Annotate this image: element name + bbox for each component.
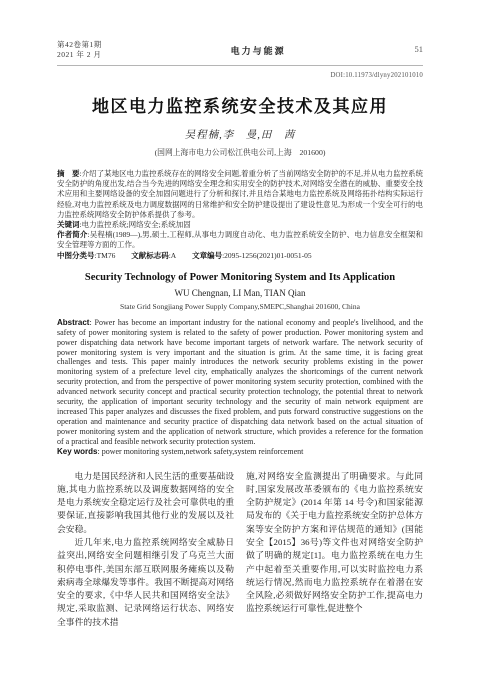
keywords-cn-label: 关键词 <box>57 220 80 229</box>
article-title-en: Security Technology of Power Monitoring … <box>57 272 423 283</box>
classification-row: 中图分类号:TM76 文献标志码:A 文章编号:2095-1256(2021)0… <box>57 251 423 261</box>
author-bio: 作者简介:吴程楠(1989—),男,硕士,工程师,从事电力调度自动化、电力监控系… <box>57 230 423 250</box>
affiliation-cn: (国网上海市电力公司松江供电公司,上海 201600) <box>57 147 423 158</box>
authors-cn: 吴程楠,李 曼,田 茜 <box>57 127 423 142</box>
abstract-en-label: Abstract <box>57 318 89 327</box>
body-right-column: 施,对网络安全监测提出了明确要求。与此同时,国家发展改革委颁布的《电力监控系统安… <box>246 470 423 630</box>
issue-info: 第42卷第1期 2021 年 2 月 <box>57 40 102 60</box>
clc-number: 中图分类号:TM76 <box>57 251 115 260</box>
journal-name: 电力与能源 <box>231 44 286 57</box>
english-abstract-block: Abstract: Power has become an important … <box>57 318 423 457</box>
keywords-en: Key words: power monitoring system,netwo… <box>57 447 423 457</box>
abstract-en: Abstract: Power has become an important … <box>57 318 423 447</box>
keywords-en-text: : power monitoring system,network safety… <box>97 447 303 456</box>
abstract-cn-label: 摘 要 <box>57 169 80 178</box>
keywords-cn-text: :电力监控系统;网络安全;系统加固 <box>80 220 191 229</box>
issue-date: 2021 年 2 月 <box>57 50 102 60</box>
article-id: 文章编号:2095-1256(2021)01-0051-05 <box>192 251 312 260</box>
keywords-en-label: Key words <box>57 447 97 456</box>
chinese-meta-block: 摘 要:介绍了某地区电力监控系统存在的网络安全问题,着重分析了当前网络安全防护的… <box>57 169 423 261</box>
doi: DOI:10.11973/dlyny202101010 <box>57 72 423 79</box>
author-bio-text: :吴程楠(1989—),男,硕士,工程师,从事电力调度自动化、电力监控系统安全防… <box>57 230 423 249</box>
abstract-cn-text: :介绍了某地区电力监控系统存在的网络安全问题,着重分析了当前网络安全防护的不足,… <box>57 169 423 219</box>
article-title-cn: 地区电力监控系统安全技术及其应用 <box>57 92 423 117</box>
header-rule <box>57 65 423 66</box>
page-number: 51 <box>414 44 423 54</box>
abstract-cn: 摘 要:介绍了某地区电力监控系统存在的网络安全问题,着重分析了当前网络安全防护的… <box>57 169 423 220</box>
journal-page: 第42卷第1期 2021 年 2 月 电力与能源 51 DOI:10.11973… <box>0 0 480 679</box>
body-two-columns: 电力是国民经济和人民生活的重要基础设施,其电力监控系统以及调度数据网络的安全是电… <box>57 470 423 630</box>
body-paragraph: 电力是国民经济和人民生活的重要基础设施,其电力监控系统以及调度数据网络的安全是电… <box>57 470 234 536</box>
body-paragraph: 施,对网络安全监测提出了明确要求。与此同时,国家发展改革委颁布的《电力监控系统安… <box>246 470 423 616</box>
body-left-column: 电力是国民经济和人民生活的重要基础设施,其电力监控系统以及调度数据网络的安全是电… <box>57 470 234 630</box>
affiliation-en: State Grid Songjiang Power Supply Compan… <box>57 302 423 311</box>
authors-en: WU Chengnan, LI Man, TIAN Qian <box>57 288 423 298</box>
keywords-cn: 关键词:电力监控系统;网络安全;系统加固 <box>57 220 423 230</box>
volume-issue: 第42卷第1期 <box>57 40 102 50</box>
body-paragraph: 近几年来,电力监控系统网络安全威胁日益突出,网络安全问题相继引发了乌克兰大面积停… <box>57 536 234 629</box>
abstract-en-text: : Power has become an important industry… <box>57 318 423 446</box>
author-bio-label: 作者简介 <box>57 230 88 239</box>
page-header: 第42卷第1期 2021 年 2 月 电力与能源 51 <box>57 40 423 60</box>
document-code: 文献标志码:A <box>131 251 176 260</box>
